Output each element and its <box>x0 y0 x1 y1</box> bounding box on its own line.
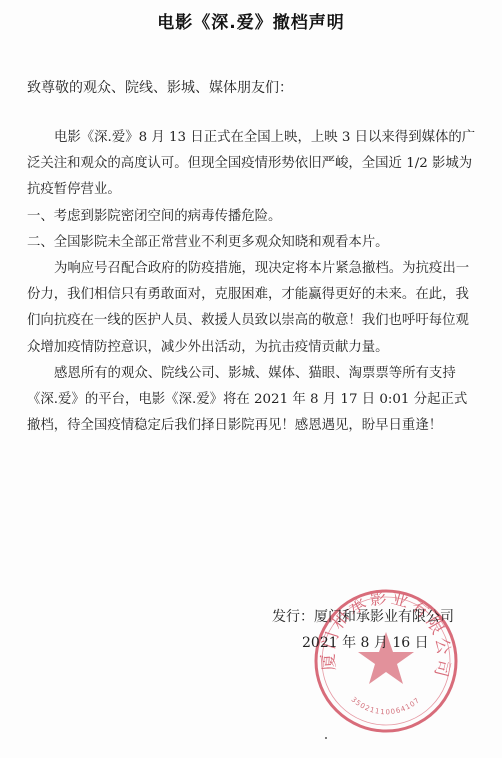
reason-two: 二、全国影院未全部正常营业不利更多观众知晓和观看本片。 <box>27 230 477 256</box>
salutation: 致尊敬的观众、院线、影城、媒体朋友们： <box>27 77 293 97</box>
publisher-signature: 发行：厦门和承影业有限公司 <box>272 606 454 626</box>
paragraph-decision: 为响应号召配合政府的防疫措施，现决定将本片紧急撤档。为抗疫出一份力，我们相信只有… <box>27 256 477 361</box>
reason-one: 一、考虑到影院密闭空间的病毒传播危险。 <box>27 204 477 230</box>
paragraph-thanks: 感恩所有的观众、院线公司、影城、媒体、猫眼、淘票票等所有支持《深.爱》的平台，电… <box>27 361 477 440</box>
document-body: 电影《深.爱》8 月 13 日正式在全国上映，上映 3 日以来得到媒体的广泛关注… <box>27 125 477 439</box>
speck <box>325 737 327 739</box>
svg-text:35021110064107: 35021110064107 <box>350 696 422 717</box>
document-date: 2021 年 8 月 16 日 <box>302 632 429 652</box>
paragraph-intro: 电影《深.爱》8 月 13 日正式在全国上映，上映 3 日以来得到媒体的广泛关注… <box>27 125 477 204</box>
document-title: 电影《深.爱》撤档声明 <box>0 8 502 33</box>
